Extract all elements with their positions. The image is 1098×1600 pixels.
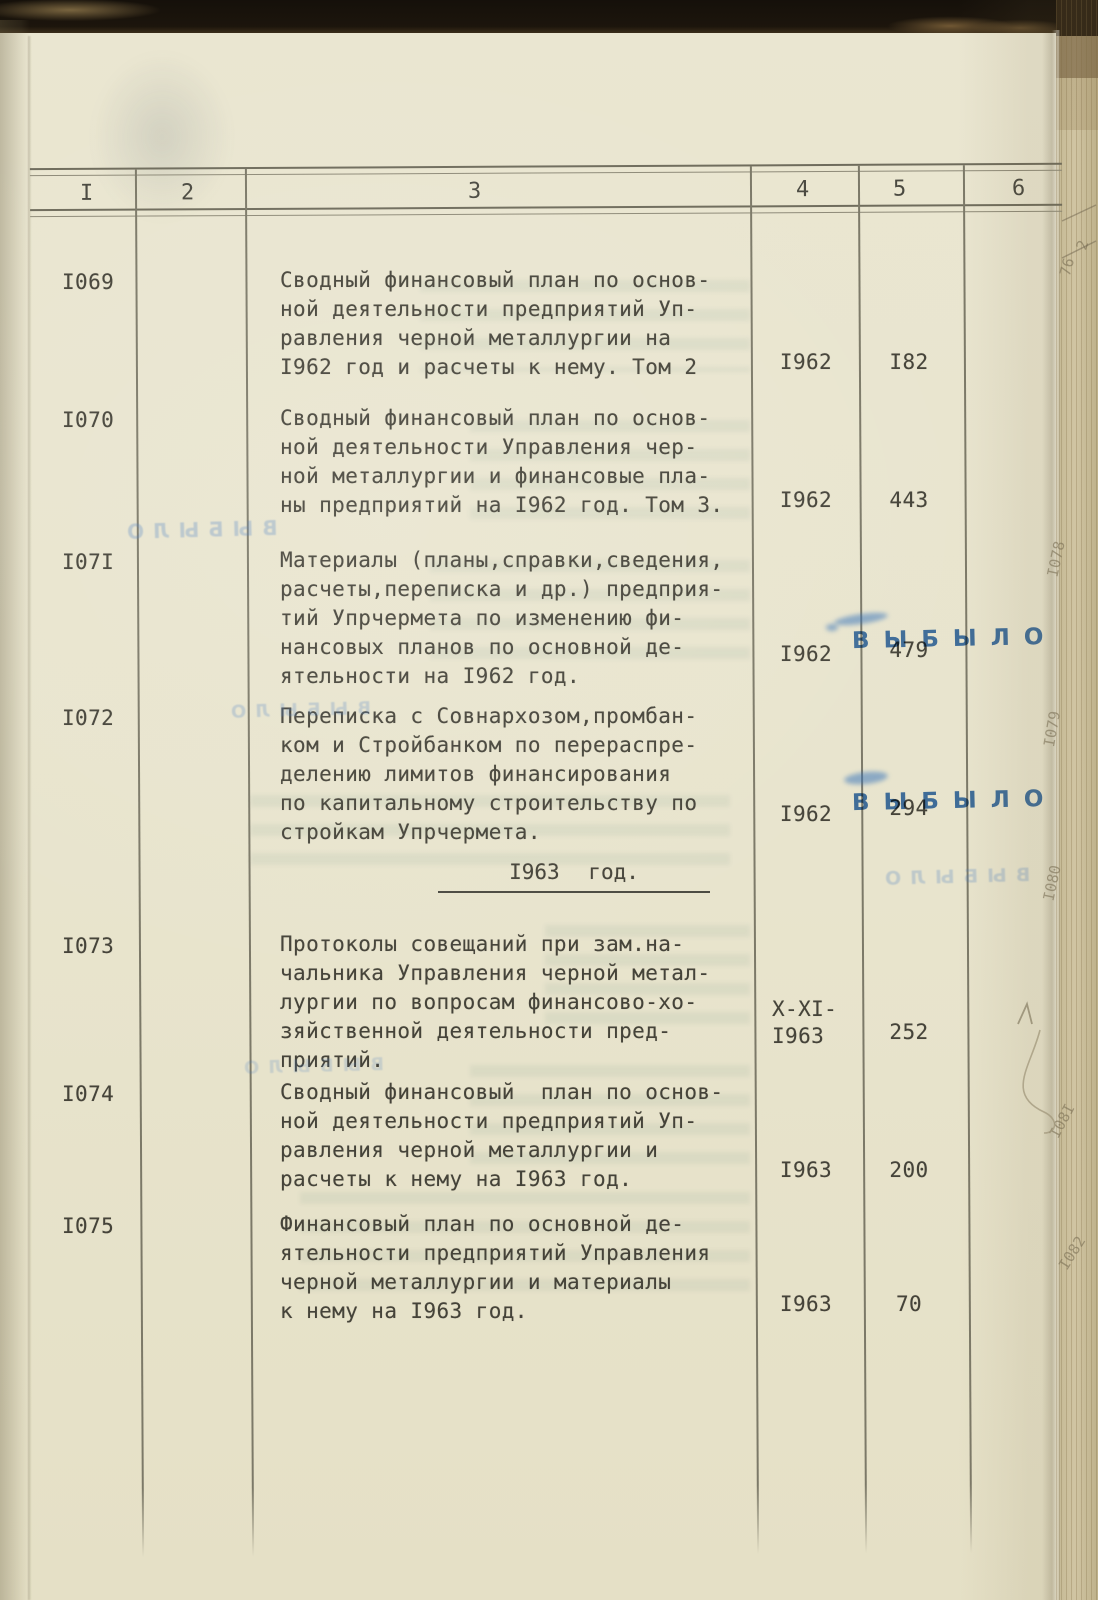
row-description-line: равления черной металлургии на xyxy=(280,324,758,353)
ghost-stamp: ВЫБЫЛО xyxy=(876,864,1031,890)
row-pages: 200 xyxy=(856,1156,962,1185)
row-description-line: Сводный финансовый план по основ- xyxy=(280,404,758,433)
row-description-line: ятельности на I962 год. xyxy=(280,662,758,691)
row-number: I07I xyxy=(62,548,142,577)
ghost-stamp: ВЫБЫЛО xyxy=(235,1054,384,1079)
row-description-line: лургии по вопросам финансово-хо- xyxy=(280,988,758,1017)
ghost-stamp: ВЫБЫЛО xyxy=(118,516,278,544)
row-date: I962 xyxy=(756,800,856,829)
column-divider-1-2 xyxy=(135,170,144,1558)
row-description-line: Сводный финансовый план по основ- xyxy=(280,266,758,295)
column-header-3: 3 xyxy=(468,179,482,204)
row-description-line: по капитальному строительству по xyxy=(280,789,758,818)
row-pages: 70 xyxy=(856,1290,962,1319)
row-description-line: Материалы (планы,справки,сведения, xyxy=(280,546,758,575)
row-description-line: зяйственной деятельности пред- xyxy=(280,1017,758,1046)
column-divider-2-3 xyxy=(245,169,254,1557)
row-date: I962 xyxy=(756,486,856,515)
row-description-line: к нему на I963 год. xyxy=(280,1297,758,1326)
row-description-line: ной деятельности предприятий Уп- xyxy=(280,295,758,324)
row-number: I075 xyxy=(62,1212,142,1241)
row-description-line: стройкам Упрчермета. xyxy=(280,818,758,847)
row-description-line: ятельности предприятий Управления xyxy=(280,1239,758,1268)
table-rule-top-2 xyxy=(30,170,1062,176)
row-number: I074 xyxy=(62,1080,142,1109)
column-header-1: I xyxy=(80,181,94,206)
row-number: I072 xyxy=(62,704,142,733)
row-number: I073 xyxy=(62,932,142,961)
row-description-line: I962 год и расчеты к нему. Том 2 xyxy=(280,353,758,382)
column-header-6: 6 xyxy=(1012,176,1026,201)
row-description-line: Протоколы совещаний при зам.на- xyxy=(280,930,758,959)
row-description-line: расчеты к нему на I963 год. xyxy=(280,1165,758,1194)
row-date: I962 xyxy=(756,348,856,377)
section-heading-1963: I963 год. xyxy=(438,860,710,893)
row-description-line: равления черной металлургии и xyxy=(280,1136,758,1165)
row-description-line: ной деятельности предприятий Уп- xyxy=(280,1107,758,1136)
column-header-4: 4 xyxy=(796,177,810,202)
row-date: I963 xyxy=(772,1022,868,1051)
row-description-line: чальника Управления черной метал- xyxy=(280,959,758,988)
vybylo-stamp: ВЫБЫЛО xyxy=(852,624,1058,654)
row-description-line: ной металлургии и финансовые пла- xyxy=(280,462,758,491)
row-description-line: черной металлургии и материалы xyxy=(280,1268,758,1297)
row-pages: 252 xyxy=(856,1018,962,1047)
row-description-line: ной деятельности Управления чер- xyxy=(280,433,758,462)
row-description-line: нансовых планов по основной де- xyxy=(280,633,758,662)
column-header-5: 5 xyxy=(893,177,907,202)
row-description-line: ны предприятий на I962 год. Том 3. xyxy=(280,491,758,520)
row-description-line: Финансовый план по основной де- xyxy=(280,1210,758,1239)
row-number: I069 xyxy=(62,268,142,297)
ink-smear xyxy=(826,624,838,631)
row-description-line: тий Упрчермета по изменению фи- xyxy=(280,604,758,633)
row-description-line: делению лимитов финансирования xyxy=(280,760,758,789)
row-description-line: расчеты,переписка и др.) предприя- xyxy=(280,575,758,604)
row-pages: I82 xyxy=(856,348,962,377)
row-number: I070 xyxy=(62,406,142,435)
scanned-archival-page: I 2 3 4 5 6 I963 год. I069Сводный финанс… xyxy=(0,0,1098,1600)
row-description-line: Сводный финансовый план по основ- xyxy=(280,1078,758,1107)
vybylo-stamp: ВЫБЫЛО xyxy=(852,786,1058,816)
row-date: I963 xyxy=(756,1290,856,1319)
row-description-line: ком и Стройбанком по перераспре- xyxy=(280,731,758,760)
column-header-2: 2 xyxy=(181,180,195,205)
column-divider-5-6 xyxy=(963,165,972,1553)
row-date: I962 xyxy=(756,640,856,669)
ghost-stamp: ВЫБЫЛО xyxy=(222,698,371,723)
table-rule-header-2 xyxy=(30,211,1062,217)
row-pages: 443 xyxy=(856,486,962,515)
table-rule-top xyxy=(30,163,1062,170)
row-date: X-XI- xyxy=(772,995,868,1024)
row-date: I963 xyxy=(756,1156,856,1185)
